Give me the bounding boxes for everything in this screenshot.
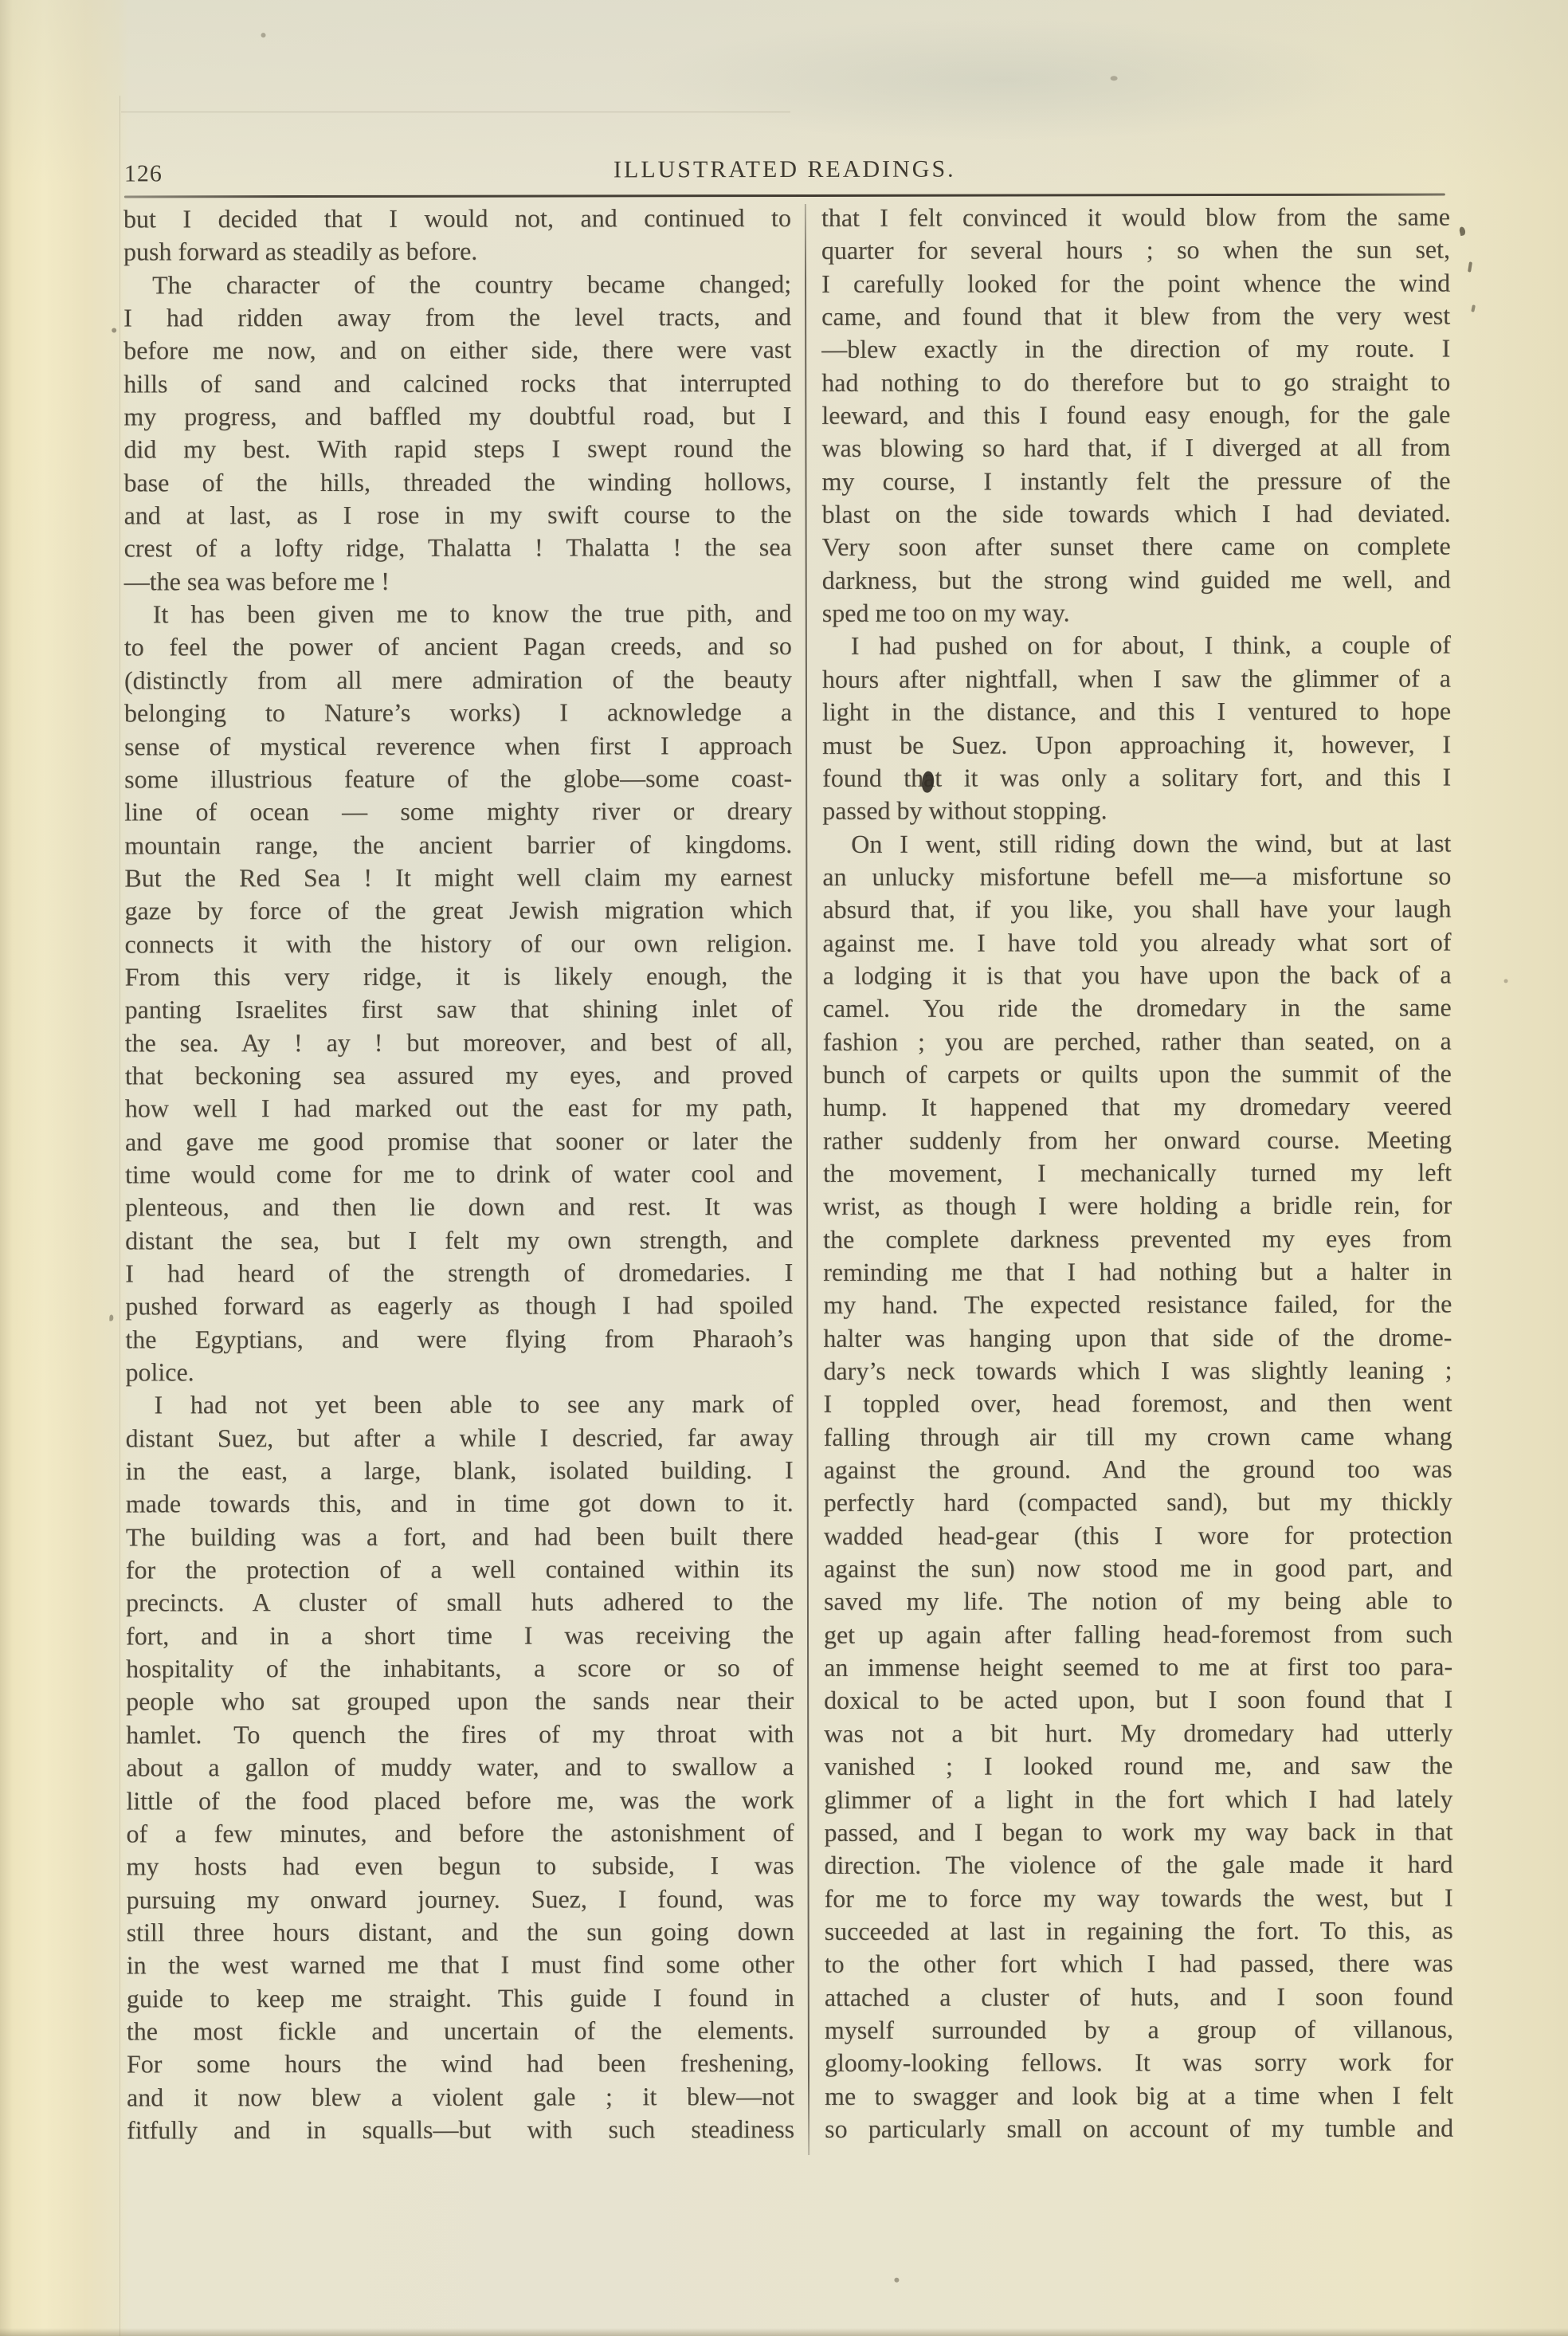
- text-line: darkness, but the strong wind guided me …: [822, 563, 1451, 597]
- text-line: get up again after falling head-foremost…: [824, 1617, 1452, 1651]
- text-line: line of ocean — some mighty river or dre…: [124, 795, 792, 829]
- margin-speck: [894, 2278, 899, 2283]
- text-line: in the west warned me that I must find s…: [127, 1948, 794, 1982]
- text-line: a lodging it is that you have upon the b…: [823, 958, 1452, 992]
- text-line: pushed forward as eagerly as though I ha…: [125, 1289, 793, 1323]
- text-line: vanished ; I looked round me, and saw th…: [824, 1749, 1452, 1784]
- text-line: sense of mystical reverence when first I…: [124, 728, 792, 763]
- text-line: was blowing so hard that, if I diverged …: [821, 431, 1450, 465]
- text-line: some illustrious feature of the globe—so…: [124, 762, 792, 796]
- text-line: came, and found that it blew from the ve…: [821, 300, 1450, 334]
- text-line: against the ground. And the ground too w…: [824, 1453, 1452, 1487]
- text-line: fashion ; you are perched, rather than s…: [823, 1024, 1452, 1058]
- text-line: (distinctly from all mere admiration of …: [124, 663, 792, 697]
- text-line: found that it was only a solitary fort, …: [822, 760, 1451, 795]
- text-line: absurd that, if you like, you shall have…: [822, 893, 1451, 927]
- text-line: for me to force my way towards the west,…: [825, 1881, 1453, 1915]
- text-line: about a gallon of muddy water, and to sw…: [126, 1750, 794, 1784]
- text-line: direction. The violence of the gale made…: [824, 1848, 1452, 1883]
- text-line: The building was a fort, and had been bu…: [126, 1520, 794, 1554]
- text-line: before me now, and on either side, there…: [123, 333, 791, 367]
- text-line: perfectly hard (compacted sand), but my …: [824, 1486, 1452, 1520]
- text-line: still three hours distant, and the sun g…: [127, 1915, 794, 1949]
- text-line: panting Israelites first saw that shinin…: [125, 992, 793, 1027]
- text-line: my hand. The expected resistance failed,…: [823, 1288, 1452, 1322]
- text-line: sped me too on my way.: [822, 596, 1451, 630]
- text-line: On I went, still riding down the wind, b…: [822, 826, 1451, 861]
- text-line: distant Suez, but after a while I descri…: [126, 1421, 794, 1455]
- text-line: but I decided that I would not, and cont…: [123, 202, 791, 236]
- text-line: base of the hills, threaded the winding …: [123, 465, 791, 500]
- text-line: that I felt convinced it would blow from…: [821, 201, 1450, 235]
- text-line: falling through air till my crown came w…: [824, 1419, 1452, 1454]
- text-line: I had ridden away from the level tracts,…: [123, 300, 791, 335]
- text-line: leeward, and this I found easy enough, f…: [821, 398, 1450, 433]
- text-line: wadded head-gear (this I wore for protec…: [824, 1518, 1452, 1553]
- header-rule: [124, 194, 1445, 198]
- text-line: connects it with the history of our own …: [124, 927, 792, 961]
- text-line: people who sat grouped upon the sands ne…: [126, 1684, 794, 1718]
- text-line: passed by without stopping.: [822, 794, 1451, 828]
- text-line: against the sun) now stood me in good pa…: [824, 1552, 1452, 1586]
- text-line: dary’s neck towards which I was slightly…: [823, 1354, 1452, 1388]
- text-line: guide to keep me straight. This guide I …: [127, 1981, 794, 2016]
- text-line: Very soon after sunset there came on com…: [822, 530, 1451, 564]
- text-line: gaze by force of the great Jewish migrat…: [124, 893, 792, 928]
- text-line: But the Red Sea ! It might well claim my…: [124, 861, 792, 895]
- page-bottom-edge: [0, 2328, 1568, 2336]
- text-line: attached a cluster of huts, and I soon f…: [825, 1980, 1453, 2014]
- text-line: I had not yet been able to see any mark …: [125, 1388, 793, 1422]
- text-line: reminding me that I had nothing but a ha…: [823, 1255, 1452, 1290]
- text-line: me to swagger and look big at a time whe…: [825, 2079, 1453, 2113]
- text-line: my hosts had even begun to subside, I wa…: [126, 1849, 794, 1883]
- text-line: the most fickle and uncertain of the ele…: [127, 2014, 794, 2048]
- text-line: pursuing my onward journey. Suez, I foun…: [127, 1883, 794, 1917]
- text-line: hospitality of the inhabitants, a score …: [126, 1651, 794, 1686]
- text-line: that beckoning sea assured my eyes, and …: [125, 1058, 793, 1093]
- text-line: quarter for several hours ; so when the …: [821, 234, 1450, 268]
- text-line: of a few minutes, and before the astonis…: [126, 1816, 794, 1851]
- text-line: I had heard of the strength of dromedari…: [125, 1256, 793, 1290]
- margin-speck: [1504, 979, 1508, 983]
- text-line: in the east, a large, blank, isolated bu…: [126, 1454, 794, 1488]
- right-text-column: that I felt convinced it would blow from…: [821, 201, 1453, 2146]
- text-line: saved my life. The notion of my being ab…: [824, 1584, 1452, 1619]
- text-line: precincts. A cluster of small huts adher…: [126, 1585, 794, 1619]
- text-line: belonging to Nature’s works) I acknowled…: [124, 696, 792, 730]
- text-line: —blew exactly in the direction of my rou…: [821, 332, 1450, 367]
- text-line: and at last, as I rose in my swift cours…: [124, 498, 792, 532]
- text-line: the movement, I mechanically turned my l…: [823, 1156, 1452, 1191]
- margin-speck: [1471, 304, 1476, 312]
- margin-speck: [1111, 76, 1118, 80]
- text-line: and it now blew a violent gale ; it blew…: [127, 2080, 794, 2114]
- text-line: hills of sand and calcined rocks that in…: [123, 367, 791, 401]
- text-line: fort, and in a short time I was receivin…: [126, 1619, 794, 1653]
- text-line: —the sea was before me !: [124, 564, 792, 599]
- text-line: It has been given me to know the true pi…: [124, 597, 792, 631]
- text-line: I carefully looked for the point whence …: [821, 266, 1450, 300]
- text-line: police.: [125, 1355, 793, 1389]
- text-line: light in the distance, and this I ventur…: [822, 695, 1451, 729]
- text-line: passed, and I began to work my way back …: [824, 1815, 1452, 1849]
- text-line: glimmer of a light in the fort which I h…: [824, 1782, 1452, 1816]
- text-line: how well I had marked out the east for m…: [125, 1091, 793, 1125]
- text-line: the complete darkness prevented my eyes …: [823, 1222, 1452, 1256]
- text-line: doxical to be acted upon, but I soon fou…: [824, 1683, 1452, 1718]
- text-line: time would come for me to drink of water…: [125, 1157, 793, 1192]
- text-line: bunch of carpets or quilts upon the summ…: [823, 1057, 1452, 1091]
- text-line: had nothing to do therefore but to go st…: [821, 365, 1450, 399]
- text-line: I toppled over, head foremost, and then …: [823, 1387, 1452, 1421]
- text-line: hamlet. To quench the fires of my throat…: [126, 1718, 794, 1752]
- text-line: distant the sea, but I felt my own stren…: [125, 1223, 793, 1258]
- text-line: hump. It happened that my dromedary veer…: [823, 1090, 1452, 1125]
- text-line: From this very ridge, it is likely enoug…: [125, 960, 793, 994]
- text-line: myself surrounded by a group of villanou…: [825, 2012, 1453, 2047]
- margin-speck: [109, 1314, 113, 1321]
- margin-speck: [1459, 226, 1466, 236]
- text-line: to the other fort which I had passed, th…: [825, 1947, 1453, 1981]
- text-line: blast on the side towards which I had de…: [822, 497, 1451, 532]
- text-line: was not a bit hurt. My dromedary had utt…: [824, 1716, 1452, 1750]
- text-line: succeeded at last in regaining the fort.…: [825, 1914, 1453, 1948]
- text-line: fitfully and in squalls—but with such st…: [127, 2113, 794, 2147]
- text-line: crest of a lofty ridge, Thalatta ! Thala…: [124, 531, 792, 565]
- text-line: and gave me good promise that sooner or …: [125, 1125, 793, 1159]
- text-line: made towards this, and in time got down …: [126, 1486, 794, 1521]
- text-line: The character of the country became chan…: [123, 268, 791, 302]
- text-line: For some hours the wind had been freshen…: [127, 2047, 794, 2081]
- text-line: wrist, as though I were holding a bridle…: [823, 1189, 1452, 1223]
- text-line: hours after nightfall, when I saw the gl…: [822, 662, 1451, 696]
- column-divider: [805, 204, 809, 2155]
- left-text-column: but I decided that I would not, and cont…: [123, 202, 794, 2147]
- text-line: I had pushed on for about, I think, a co…: [822, 629, 1451, 663]
- text-line: push forward as steadily as before.: [123, 234, 791, 269]
- book-page: 126 ILLUSTRATED READINGS. but I decided …: [0, 0, 1568, 2336]
- text-line: an immense height seemed to me at first …: [824, 1651, 1452, 1685]
- margin-speck: [1468, 261, 1472, 272]
- text-line: camel. You ride the dromedary in the sam…: [823, 991, 1452, 1026]
- text-line: little of the food placed before me, was…: [126, 1783, 794, 1817]
- text-line: for the protection of a well contained w…: [126, 1553, 794, 1587]
- text-line: the Egyptians, and were flying from Phar…: [125, 1322, 793, 1356]
- text-line: against me. I have told you already what…: [822, 925, 1451, 960]
- text-line: my progress, and baffled my doubtful roa…: [123, 399, 791, 434]
- text-line: to feel the power of ancient Pagan creed…: [124, 630, 792, 664]
- text-line: did my best. With rapid steps I swept ro…: [123, 432, 791, 466]
- text-line: mountain range, the ancient barrier of k…: [124, 828, 792, 862]
- text-line: halter was hanging upon that side of the…: [823, 1321, 1452, 1355]
- text-line: so particularly small on account of my t…: [825, 2111, 1453, 2146]
- text-line: the sea. Ay ! ay ! but moreover, and bes…: [125, 1026, 793, 1060]
- text-line: my course, I instantly felt the pressure…: [821, 464, 1450, 498]
- text-line: gloomy-looking fellows. It was sorry wor…: [825, 2046, 1453, 2080]
- running-title: ILLUSTRATED READINGS.: [123, 155, 1446, 185]
- text-line: plenteous, and then lie down and rest. I…: [125, 1190, 793, 1224]
- text-line: an unlucky misfortune befell me—a misfor…: [822, 859, 1451, 893]
- margin-speck: [112, 328, 116, 332]
- text-line: rather suddenly from her onward course. …: [823, 1123, 1452, 1157]
- margin-speck: [261, 33, 266, 37]
- text-line: must be Suez. Upon approaching it, howev…: [822, 728, 1451, 762]
